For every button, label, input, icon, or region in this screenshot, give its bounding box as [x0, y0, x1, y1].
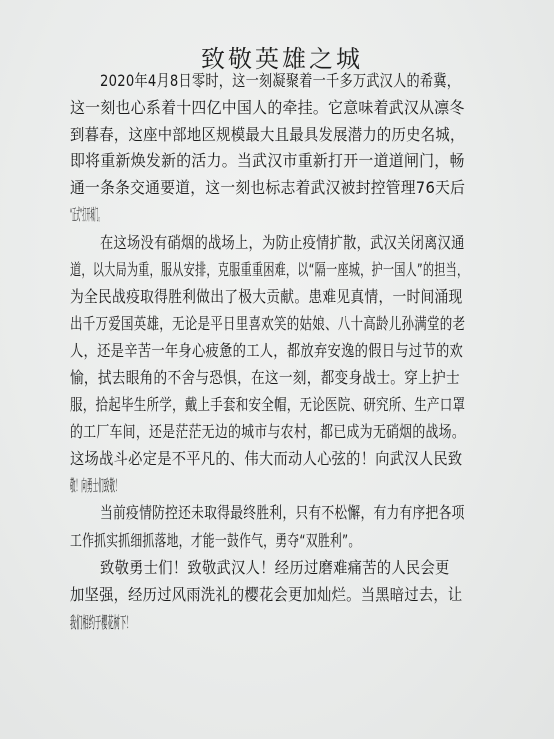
text-line: 这场战斗必定是不平凡的、伟大而动人心弦的！向武汉人民致 [70, 448, 431, 470]
text-line: 当前疫情防控还未取得最终胜利，只有不松懈，有力有序把各项 [100, 502, 424, 524]
text-line: 到暮春，这座中部地区规模最大且最具发展潜力的历史名城， [70, 124, 433, 146]
text-line: “正式”打开城门。 [70, 204, 170, 226]
text-line: 出千万爱国英雄，无论是平日里喜欢笑的姑娘、八十高龄儿孙满堂的老 [70, 313, 387, 335]
text-line: 在这场没有硝烟的战场上，为防止疫情扩散，武汉关闭离汉通 [100, 232, 436, 254]
text-line: 敬！向勇士们致敬！ [70, 475, 210, 497]
text-line: 2020年4月8日零时，这一刻凝聚着一千多万武汉人的希冀， [100, 70, 433, 92]
text-line: 愉，拭去眼角的不舍与恐惧，在这一刻，都变身战士。穿上护士 [70, 367, 416, 389]
text-line: 为全民战疫取得胜利做出了极大贡献。患难见真情，一时间涌现 [70, 286, 418, 308]
text-line: 服，拾起毕生所学，戴上手套和安全帽，无论医院、研究所、生产口罩 [70, 394, 387, 416]
text-line: 工作抓实抓细抓落地，才能一鼓作气，勇夺“双胜利”。 [70, 530, 370, 552]
text-line: 通一条条交通要道，这一刻也标志着武汉被封控管理76天后 [70, 177, 444, 199]
text-line: 加坚强，经历过风雨洗礼的樱花会更加灿烂。当黑暗过去，让 [70, 584, 431, 606]
text-line: 道，以大局为重，服从安排，克服重重困难，以“隔一座城，护一国人”的担当， [70, 259, 352, 281]
text-line: 我们相约于樱花树下！ [70, 612, 225, 634]
text-line: 致敬勇士们！致敬武汉人！经历过磨难痛苦的人民会更 [100, 557, 462, 579]
text-line: 即将重新焕发新的活力。当武汉市重新打开一道道闸门，畅 [70, 150, 447, 172]
text-line: 人，还是辛苦一年身心疲惫的工人，都放弃安逸的假日与过节的欢 [70, 340, 407, 362]
text-line: 这一刻也心系着十四亿中国人的牵挂。它意味着武汉从凛冬 [70, 97, 447, 119]
text-line: 的工厂车间，还是茫茫无边的城市与农村，都已成为无硝烟的战场。 [70, 421, 397, 443]
